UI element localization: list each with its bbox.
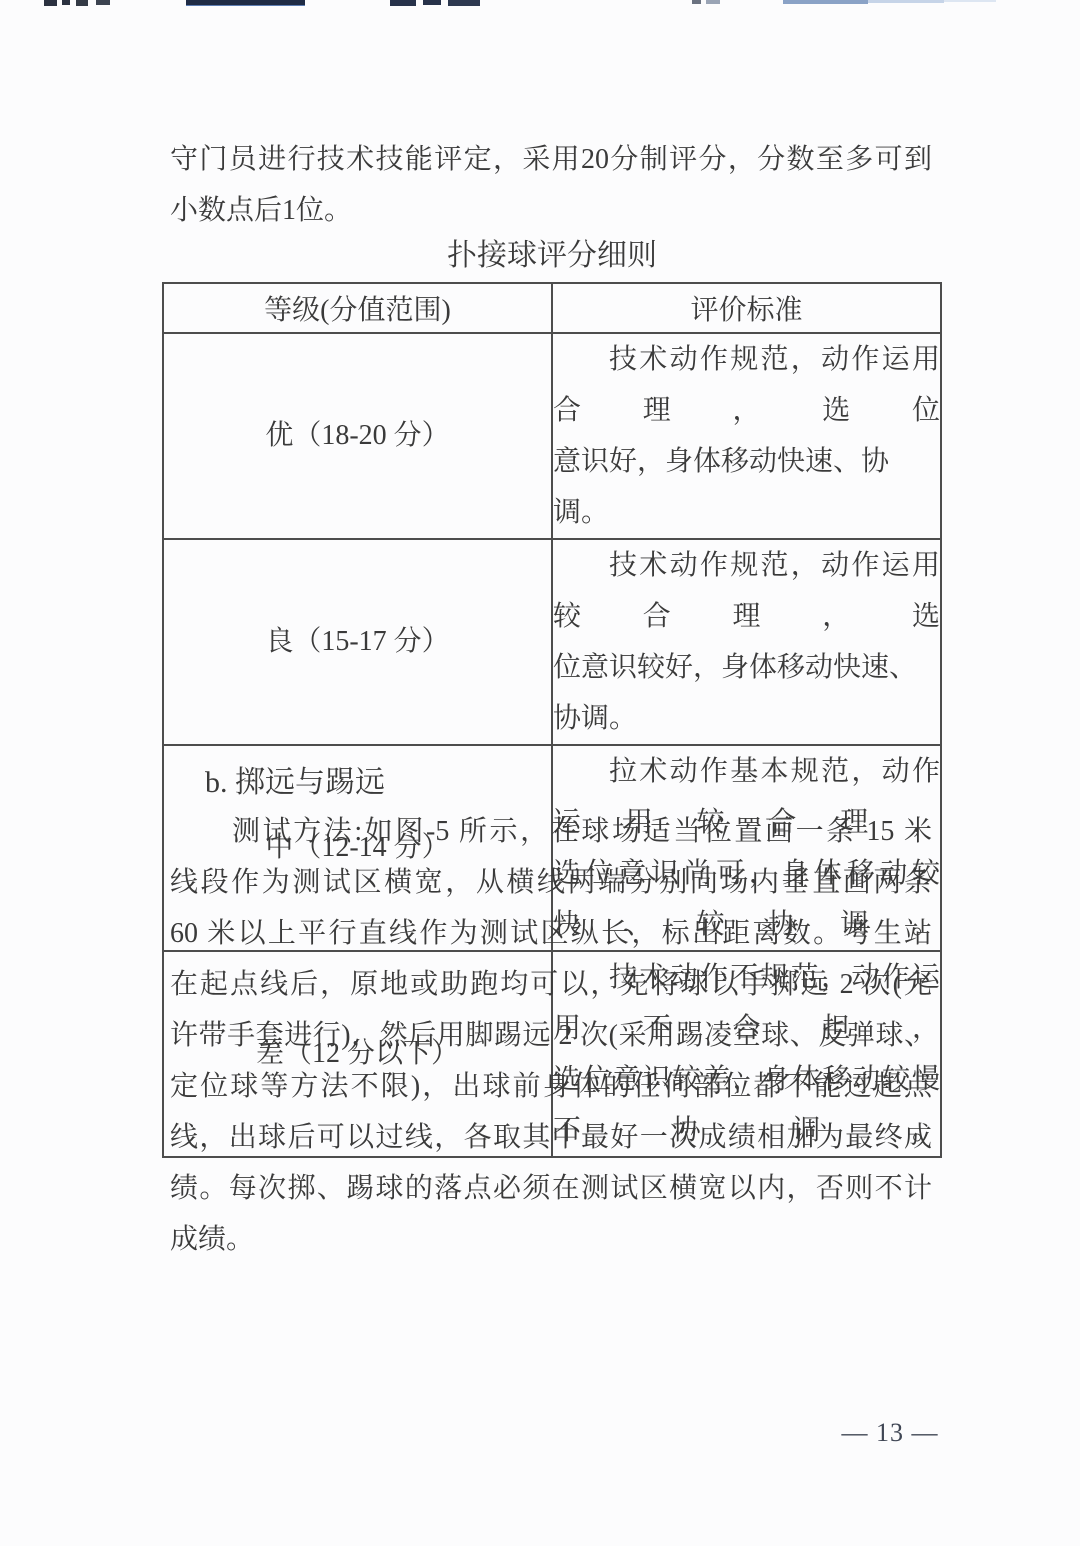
cropped-text-fragment	[692, 0, 701, 4]
table-title: 扑接球评分细则	[162, 230, 942, 281]
cropped-text-fragment	[706, 0, 720, 4]
cropped-text-fragment	[44, 0, 57, 6]
section-heading: b. 掷远与踢远	[205, 757, 385, 808]
paragraph-line: 成绩。	[170, 1214, 932, 1265]
test-method-paragraph: 测试方法:如图-5 所示，在球场适当位置画一条 15 米 线段作为测试区横宽，从…	[170, 806, 932, 1265]
grade-cell: 优（18-20 分）	[163, 333, 552, 539]
paragraph-line: 线，出球后可以过线，各取其中最好一次成绩相加为最终成	[170, 1112, 932, 1163]
criteria-line: 技术动作规范，动作运用合理，选位	[553, 334, 940, 436]
criteria-cell: 技术动作规范，动作运用合理，选位 意识好，身体移动快速、协调。	[552, 333, 941, 539]
criteria-cell: 技术动作规范，动作运用较合理，选 位意识较好，身体移动快速、协调。	[552, 539, 941, 745]
grade-cell: 良（15-17 分）	[163, 539, 552, 745]
paragraph-line: 定位球等方法不限)，出球前身体的任何部位都不能过起点	[170, 1061, 932, 1112]
criteria-line: 位意识较好，身体移动快速、协调。	[553, 642, 940, 744]
table-row: 优（18-20 分） 技术动作规范，动作运用合理，选位 意识好，身体移动快速、协…	[163, 333, 941, 539]
cropped-highlight-streak	[868, 0, 944, 3]
paragraph-line: 小数点后1位。	[170, 185, 932, 236]
table-header-criteria: 评价标准	[552, 283, 941, 333]
criteria-line: 技术动作规范，动作运用较合理，选	[553, 540, 940, 642]
paragraph-line: 60 米以上平行直线作为测试区纵长，标出距离数。考生站	[170, 908, 932, 959]
cropped-highlight-streak	[944, 0, 996, 2]
cropped-highlight-streak	[783, 0, 868, 4]
paragraph-line: 测试方法:如图-5 所示，在球场适当位置画一条 15 米	[170, 806, 932, 857]
paragraph-line: 在起点线后，原地或助跑均可以，先将球以手掷远 2 次(允	[170, 959, 932, 1010]
table-row: 良（15-17 分） 技术动作规范，动作运用较合理，选 位意识较好，身体移动快速…	[163, 539, 941, 745]
table-header-row: 等级(分值范围) 评价标准	[163, 283, 941, 333]
document-page: 守门员进行技术技能评定，采用20分制评分，分数至多可到 小数点后1位。 扑接球评…	[0, 0, 1080, 1546]
table-header-grade: 等级(分值范围)	[163, 283, 552, 333]
cropped-text-fragment	[62, 0, 70, 5]
paragraph-line: 线段作为测试区横宽，从横线两端分别向场内垂直画两条	[170, 857, 932, 908]
paragraph-line: 绩。每次掷、踢球的落点必须在测试区横宽以内，否则不计	[170, 1163, 932, 1214]
criteria-line: 意识好，身体移动快速、协调。	[553, 436, 940, 538]
cropped-text-fragment	[76, 0, 88, 6]
cropped-underlined-text-fragment	[186, 0, 305, 6]
paragraph-line: 守门员进行技术技能评定，采用20分制评分，分数至多可到	[170, 134, 932, 185]
paragraph-line: 许带手套进行)，然后用脚踢远 2 次(采用踢凌空球、反弹球、	[170, 1010, 932, 1061]
cropped-text-fragment	[448, 0, 480, 6]
cropped-text-fragment	[423, 0, 441, 5]
cropped-text-fragment	[96, 0, 110, 5]
cropped-text-fragment	[390, 0, 416, 6]
page-number: — 13 —	[820, 1418, 960, 1448]
intro-paragraph: 守门员进行技术技能评定，采用20分制评分，分数至多可到 小数点后1位。	[170, 134, 932, 236]
